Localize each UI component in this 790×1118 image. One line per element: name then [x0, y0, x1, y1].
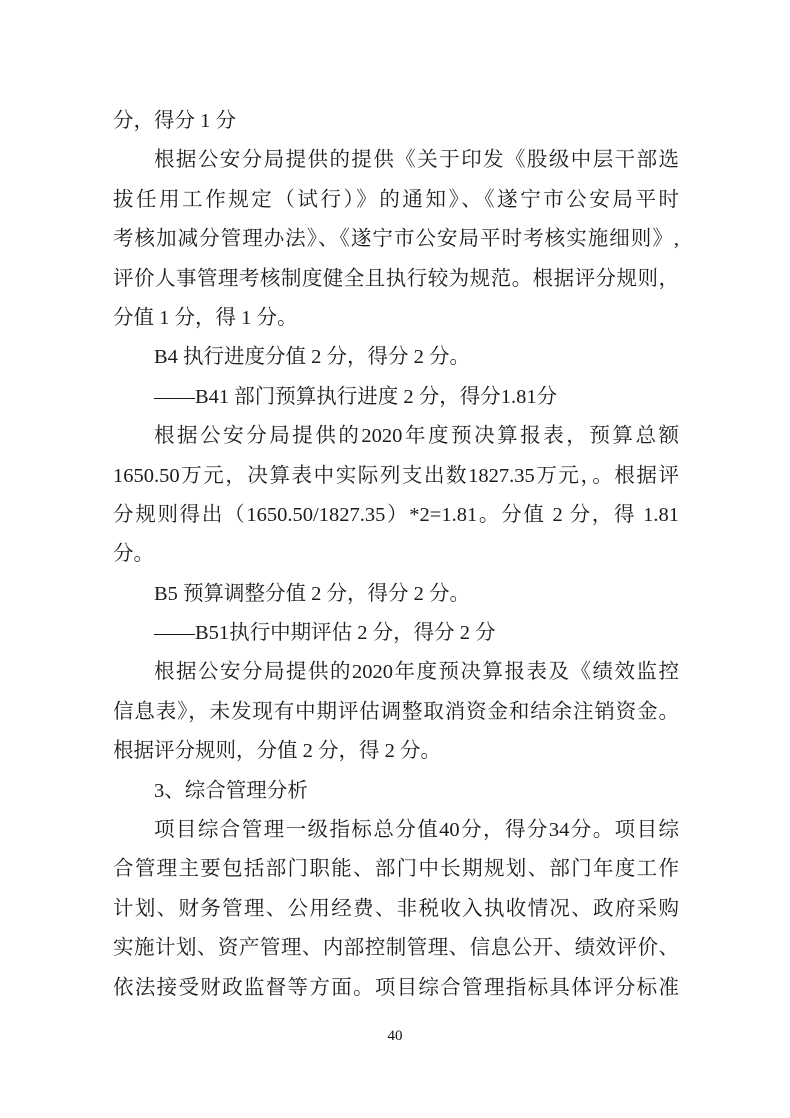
text-line: 根据评分规则，分值 2 分，得 2 分。 [113, 732, 679, 771]
text-line: 依法接受财政监督等方面。项目综合管理指标具体评分标准 [113, 969, 679, 1008]
text-line: 合管理主要包括部门职能、部门中长期规划、部门年度工作 [113, 850, 679, 889]
text-line: 信息表》，未发现有中期评估调整取消资金和结余注销资金。 [113, 693, 679, 732]
text-line: 分规则得出（1650.50/1827.35）*2=1.81。分值 2 分，得 1… [113, 496, 679, 535]
text-line: 评价人事管理考核制度健全且执行较为规范。根据评分规则， [113, 260, 679, 299]
text-line: 根据公安分局提供的2020年度预决算报表，预算总额 [113, 417, 679, 456]
text-line: 1650.50万元，决算表中实际列支出数1827.35万元，。根据评 [113, 457, 679, 496]
text-line: 分，得分 1 分 [113, 102, 679, 141]
text-line: 根据公安分局提供的2020年度预决算报表及《绩效监控 [113, 653, 679, 692]
text-line: ——B51执行中期评估 2 分，得分 2 分 [113, 614, 679, 653]
text-line: 计划、财务管理、公用经费、非税收入执收情况、政府采购 [113, 890, 679, 929]
page-number: 40 [0, 1028, 790, 1045]
text-line: 分。 [113, 535, 679, 574]
text-line: 考核加减分管理办法》、《遂宁市公安局平时考核实施细则》, [113, 220, 679, 259]
text-line: 根据公安分局提供的提供《关于印发《股级中层干部选 [113, 141, 679, 180]
text-line: 项目综合管理一级指标总分值40分，得分34分。项目综 [113, 811, 679, 850]
text-line: ——B41 部门预算执行进度 2 分，得分1.81分 [113, 378, 679, 417]
text-line: B4 执行进度分值 2 分，得分 2 分。 [113, 338, 679, 377]
text-line: 分值 1 分，得 1 分。 [113, 299, 679, 338]
body-text: 分，得分 1 分根据公安分局提供的提供《关于印发《股级中层干部选拔任用工作规定（… [113, 102, 679, 1008]
text-line: B5 预算调整分值 2 分，得分 2 分。 [113, 575, 679, 614]
text-line: 拔任用工作规定（试行）》的通知》、《遂宁市公安局平时 [113, 181, 679, 220]
text-line: 3、综合管理分析 [113, 772, 679, 811]
document-page: 分，得分 1 分根据公安分局提供的提供《关于印发《股级中层干部选拔任用工作规定（… [0, 0, 790, 1118]
text-line: 实施计划、资产管理、内部控制管理、信息公开、绩效评价、 [113, 929, 679, 968]
